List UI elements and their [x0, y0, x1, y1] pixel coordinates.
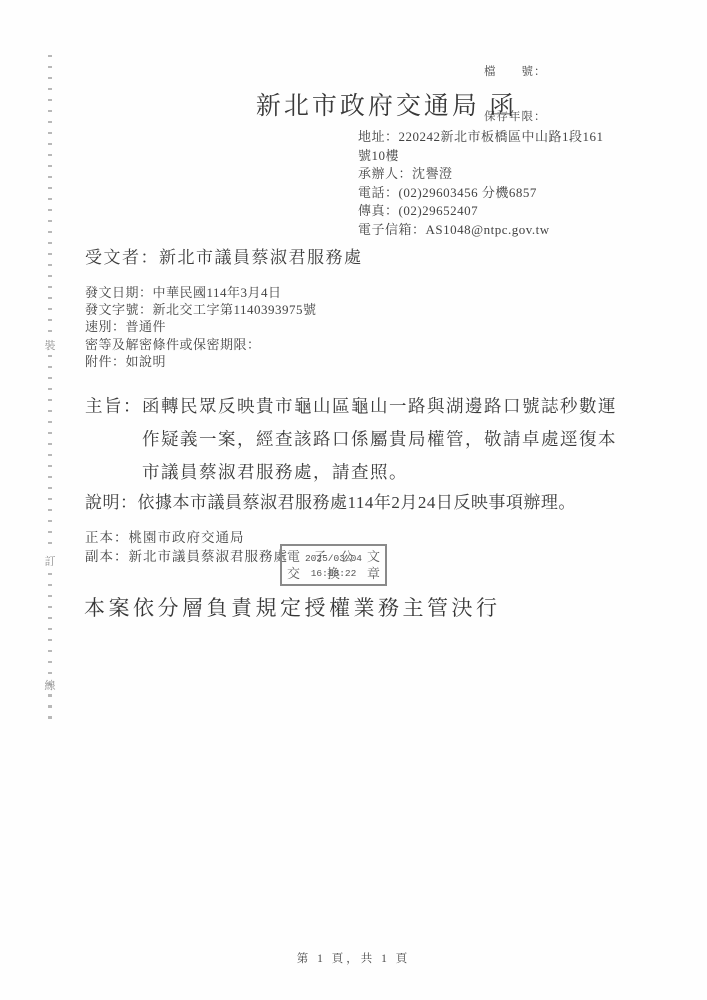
- binding-mark-xian: 線: [44, 677, 56, 693]
- description-paragraph: 說明： 依據本市議員蔡淑君服務處114年2月24日反映事項辦理。: [85, 490, 638, 516]
- sender-address-line2: 號10樓: [358, 147, 604, 166]
- binding-dotted-line: [48, 355, 52, 547]
- subject-paragraph: 主旨： 函轉民眾反映貴市龜山區龜山一路與湖邊路口號誌秒數運作疑義一案，經查該路口…: [85, 390, 624, 489]
- subject-label: 主旨：: [85, 390, 142, 489]
- subject-text: 函轉民眾反映貴市龜山區龜山一路與湖邊路口號誌秒數運作疑義一案，經查該路口係屬貴局…: [142, 390, 624, 489]
- recipient-line: 受文者：新北市議員蔡淑君服務處: [85, 243, 363, 268]
- binding-dotted-line: [48, 695, 52, 720]
- binding-dotted-line: [48, 55, 52, 333]
- description-text: 依據本市議員蔡淑君服務處114年2月24日反映事項辦理。: [138, 490, 638, 516]
- security-line: 密等及解密條件或保密期限：: [85, 336, 317, 353]
- description-label: 說明：: [85, 490, 138, 516]
- sender-info-block: 地址：220242新北市板橋區中山路1段161 號10樓 承辦人：沈譽澄 電話：…: [358, 128, 604, 239]
- sender-phone: 電話：(02)29603456 分機6857: [358, 184, 604, 203]
- sender-fax: 傳真：(02)29652407: [358, 202, 604, 221]
- issue-date-line: 發文日期：中華民國114年3月4日: [85, 284, 317, 301]
- carbon-copy-line: 副本：新北市議員蔡淑君服務處: [85, 548, 288, 567]
- doc-number-line: 發文字號：新北交工字第1140393975號: [85, 301, 317, 318]
- priority-line: 速別：普通件: [85, 318, 317, 335]
- page-number-footer: 第 1 頁，共 1 頁: [0, 950, 707, 966]
- sender-contact-person: 承辦人：沈譽澄: [358, 165, 604, 184]
- attachment-line: 附件：如說明: [85, 353, 317, 370]
- authorization-statement: 本案依分層負責規定授權業務主管決行: [84, 592, 501, 622]
- stamp-date: 2025/03/04: [282, 551, 385, 566]
- binding-margin: 裝 訂 線: [44, 55, 56, 720]
- document-meta-block: 發文日期：中華民國114年3月4日 發文字號：新北交工字第1140393975號…: [85, 284, 317, 370]
- sender-address-line1: 地址：220242新北市板橋區中山路1段161: [358, 128, 604, 147]
- file-number-label: 檔 號：: [484, 65, 547, 80]
- binding-mark-ding: 訂: [44, 553, 56, 569]
- document-title: 新北市政府交通局 函: [0, 86, 707, 122]
- sender-email: 電子信箱：AS1048@ntpc.gov.tw: [358, 221, 604, 240]
- scanned-official-letter: 檔 號： 保存年限： 新北市政府交通局 函 地址：220242新北市板橋區中山路…: [0, 0, 707, 1000]
- binding-mark-zhuang: 裝: [44, 337, 56, 353]
- stamp-time: 16:18:22: [282, 566, 385, 581]
- electronic-exchange-stamp: 電 子 公 文 交 換 章 2025/03/04 16:18:22: [280, 544, 387, 586]
- stamp-datetime: 2025/03/04 16:18:22: [282, 551, 385, 581]
- original-copy-line: 正本：桃園市政府交通局: [85, 529, 288, 548]
- copies-block: 正本：桃園市政府交通局 副本：新北市議員蔡淑君服務處: [85, 529, 288, 566]
